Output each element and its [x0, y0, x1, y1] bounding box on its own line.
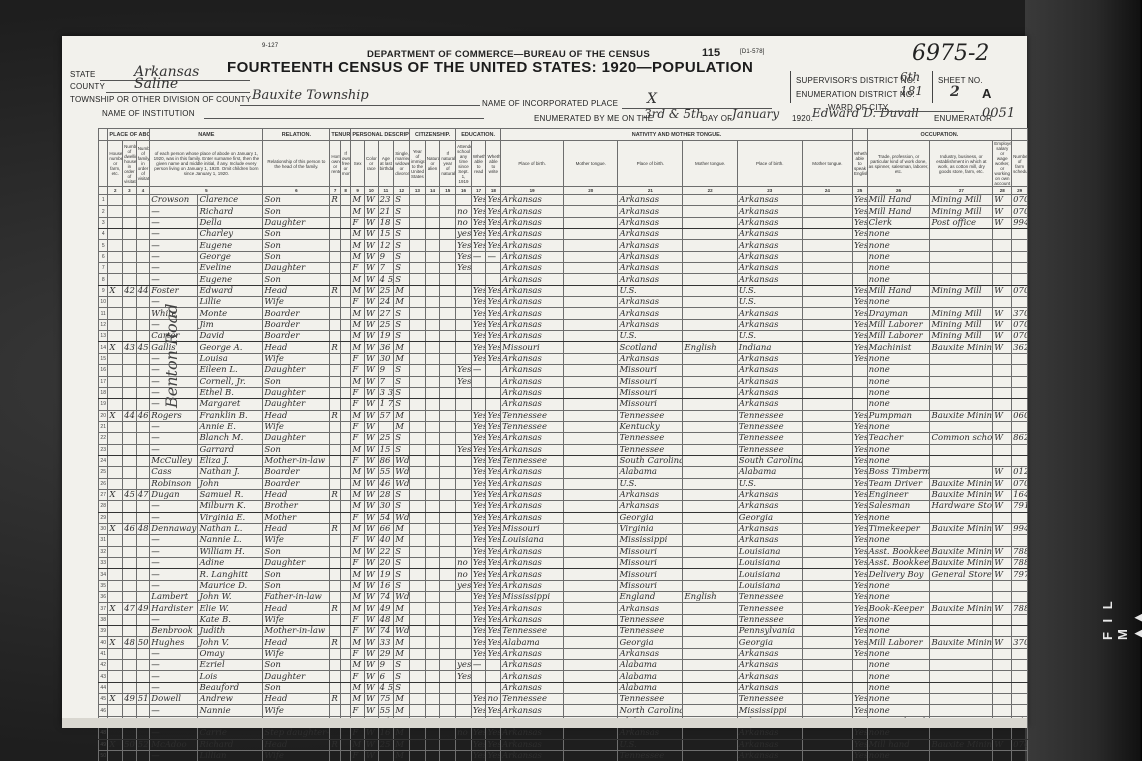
- line-number: 34: [99, 569, 108, 580]
- cell-relation: Son: [263, 274, 330, 285]
- cell-empty: [802, 626, 852, 637]
- cell-empty: [425, 580, 440, 591]
- census-row: 26RobinsonJohnBoarderMW46WdYesYesArkansa…: [99, 478, 1028, 489]
- cell-empty: [440, 365, 456, 376]
- cell-empty: [564, 694, 618, 705]
- cell-empty: [410, 637, 426, 648]
- cell-empty: [802, 489, 852, 500]
- census-row: 3—DellaDaughterFW18SnoYesYesArkansasArka…: [99, 217, 1028, 228]
- cell-sex: F: [351, 455, 365, 466]
- cell-empty: [410, 433, 426, 444]
- cell-m-birth: Tennessee: [737, 421, 802, 432]
- cell-relation: Daughter: [263, 399, 330, 410]
- cell-english: Yes: [852, 478, 867, 489]
- cell-empty: [425, 285, 440, 296]
- cell-empty: [564, 240, 618, 251]
- cell-empty: [410, 274, 426, 285]
- col-marital: Single, married, widowed, or divorced: [394, 141, 410, 187]
- cell-industry: [930, 682, 993, 693]
- cell-english: Yes: [852, 195, 867, 206]
- cell-house: [123, 195, 137, 206]
- cell-age: 74: [378, 626, 394, 637]
- cell-empty: [425, 365, 440, 376]
- cell-m-birth: Arkansas: [737, 489, 802, 500]
- cell-f-tongue: [683, 229, 737, 240]
- cell-class: W: [993, 217, 1012, 228]
- col-name: of each person whose place of abode on J…: [150, 141, 263, 187]
- cell-sex: M: [351, 342, 365, 353]
- col-mother-birth: Place of birth.: [737, 141, 802, 187]
- cell-m-birth: Tennessee: [737, 694, 802, 705]
- cell-dwelling: [136, 376, 150, 387]
- cell-empty: [425, 251, 440, 262]
- cell-empty: [564, 455, 618, 466]
- cell-given: Richard: [198, 739, 263, 750]
- cell-empty: [425, 297, 440, 308]
- cell-race: W: [364, 251, 378, 262]
- cell-code: 788: [1012, 558, 1028, 569]
- cell-school: [456, 195, 472, 206]
- cell-race: W: [364, 580, 378, 591]
- cell-given: Della: [198, 217, 263, 228]
- cell-english: Yes: [852, 455, 867, 466]
- census-row: 49X5052McAdooRichardHeadRMW25MYesYesArka…: [99, 739, 1028, 750]
- column-number: 21: [618, 187, 683, 195]
- cell-read: Yes: [471, 614, 486, 625]
- cell-mort: [340, 603, 350, 614]
- cell-relation: Son: [263, 660, 330, 671]
- cell-english: Yes: [852, 546, 867, 557]
- cell-class: W: [993, 637, 1012, 648]
- cell-read: Yes: [471, 217, 486, 228]
- cell-empty: [410, 682, 426, 693]
- cell-marital: S: [394, 331, 410, 342]
- line-number: 48: [99, 728, 108, 739]
- cell-birth: Arkansas: [501, 728, 564, 739]
- line-number: 11: [99, 308, 108, 319]
- cell-empty: [410, 195, 426, 206]
- cell-empty: [440, 694, 456, 705]
- cell-street: [108, 682, 123, 693]
- cell-read: Yes: [471, 433, 486, 444]
- cell-marital: S: [394, 433, 410, 444]
- cell-english: Yes: [852, 421, 867, 432]
- cell-f-birth: Tennessee: [618, 410, 683, 421]
- cell-empty: [425, 705, 440, 716]
- cell-f-birth: Alabama: [618, 671, 683, 682]
- cell-surname: —: [150, 705, 198, 716]
- cell-surname: Hughes: [150, 637, 198, 648]
- cell-own: [330, 274, 340, 285]
- cell-age: 20: [378, 558, 394, 569]
- cell-empty: [564, 387, 618, 398]
- cell-sex: F: [351, 705, 365, 716]
- column-number: 5: [150, 187, 263, 195]
- cell-empty: [802, 682, 852, 693]
- cell-empty: [410, 455, 426, 466]
- cell-read: Yes: [471, 467, 486, 478]
- line-number: 10: [99, 297, 108, 308]
- cell-f-birth: Missouri: [618, 580, 683, 591]
- cell-empty: [425, 501, 440, 512]
- enumerated-day: 3rd & 5th: [644, 107, 704, 121]
- cell-empty: [410, 263, 426, 274]
- cell-f-birth: Arkansas: [618, 489, 683, 500]
- column-number: 19: [501, 187, 564, 195]
- cell-dwelling: 48: [136, 523, 150, 534]
- group-nativity: NATIVITY AND MOTHER TONGUE.: [501, 129, 853, 141]
- cell-read: [471, 274, 486, 285]
- cell-empty: [564, 501, 618, 512]
- cell-empty: [425, 353, 440, 364]
- cell-given: Adine: [198, 558, 263, 569]
- cell-class: W: [993, 523, 1012, 534]
- cell-relation: Head: [263, 739, 330, 750]
- cell-class: [993, 455, 1012, 466]
- cell-empty: [802, 614, 852, 625]
- cell-age: 1 7/12: [378, 399, 394, 410]
- cell-relation: Wife: [263, 353, 330, 364]
- line-number: 39: [99, 626, 108, 637]
- cell-code: 362: [1012, 342, 1028, 353]
- cell-read: Yes: [471, 308, 486, 319]
- cell-english: [852, 671, 867, 682]
- line-number: 8: [99, 274, 108, 285]
- cell-dwelling: [136, 331, 150, 342]
- cell-race: W: [364, 682, 378, 693]
- cell-age: 30: [378, 501, 394, 512]
- cell-dwelling: [136, 251, 150, 262]
- cell-m-birth: U.S.: [737, 297, 802, 308]
- cell-f-tongue: [683, 433, 737, 444]
- cell-m-birth: Tennessee: [737, 614, 802, 625]
- cell-own: [330, 478, 340, 489]
- cell-f-birth: U.S.: [618, 285, 683, 296]
- cell-school: no: [456, 728, 472, 739]
- cell-f-tongue: [683, 319, 737, 330]
- cell-given: Eveline: [198, 263, 263, 274]
- cell-sex: F: [351, 217, 365, 228]
- cell-f-tongue: [683, 558, 737, 569]
- cell-house: [123, 399, 137, 410]
- cell-street: X: [108, 342, 123, 353]
- sheet-letter: A: [982, 86, 992, 101]
- cell-marital: M: [394, 421, 410, 432]
- cell-sex: M: [351, 682, 365, 693]
- cell-empty: [440, 478, 456, 489]
- cell-own: [330, 614, 340, 625]
- cell-read: Yes: [471, 523, 486, 534]
- cell-dwelling: [136, 206, 150, 217]
- cell-trade: Mill Laborer: [867, 637, 930, 648]
- cell-english: [852, 274, 867, 285]
- cell-given: John V.: [198, 637, 263, 648]
- cell-own: [330, 319, 340, 330]
- cell-sex: F: [351, 614, 365, 625]
- cell-marital: M: [394, 750, 410, 761]
- census-row: 50—LillianWifeFWMYesYesArkansasTennessee…: [99, 750, 1028, 761]
- cell-own: R: [330, 694, 340, 705]
- cell-read: Yes: [471, 569, 486, 580]
- column-number: 17: [471, 187, 486, 195]
- census-row: 41—OmayWifeFW29MYesYesArkansasArkansasAr…: [99, 648, 1028, 659]
- cell-code: 370: [1012, 308, 1028, 319]
- cell-f-birth: U.S.: [618, 331, 683, 342]
- cell-school: [456, 512, 472, 523]
- cell-relation: Head: [263, 603, 330, 614]
- cell-relation: Son: [263, 546, 330, 557]
- cell-dwelling: 45: [136, 342, 150, 353]
- cell-marital: M: [394, 535, 410, 546]
- cell-code: 070: [1012, 319, 1028, 330]
- cell-industry: [930, 750, 993, 761]
- cell-birth: Arkansas: [501, 399, 564, 410]
- cell-house: [123, 580, 137, 591]
- cell-code: [1012, 626, 1028, 637]
- cell-surname: Robinson: [150, 478, 198, 489]
- cell-empty: [425, 728, 440, 739]
- cell-own: [330, 467, 340, 478]
- cell-write: Yes: [486, 308, 501, 319]
- cell-own: R: [330, 285, 340, 296]
- cell-relation: Head: [263, 489, 330, 500]
- cell-code: 060: [1012, 410, 1028, 421]
- county-label: COUNTY: [70, 82, 105, 91]
- cell-street: [108, 501, 123, 512]
- cell-marital: Wd: [394, 455, 410, 466]
- column-number: 22: [683, 187, 737, 195]
- cell-relation: Head: [263, 694, 330, 705]
- cell-trade: Timekeeper: [867, 523, 930, 534]
- cell-write: Yes: [486, 739, 501, 750]
- cell-empty: [410, 410, 426, 421]
- cell-empty: [440, 399, 456, 410]
- cell-birth: Arkansas: [501, 614, 564, 625]
- cell-class: [993, 263, 1012, 274]
- cell-race: W: [364, 410, 378, 421]
- cell-trade: none: [867, 705, 930, 716]
- cell-house: [123, 433, 137, 444]
- cell-house: [123, 546, 137, 557]
- cell-empty: [410, 297, 426, 308]
- cell-empty: [802, 331, 852, 342]
- column-number: 26: [867, 187, 930, 195]
- cell-race: W: [364, 671, 378, 682]
- cell-empty: [410, 387, 426, 398]
- column-number: 29: [1012, 187, 1028, 195]
- cell-race: W: [364, 478, 378, 489]
- cell-empty: [564, 569, 618, 580]
- cell-mort: [340, 285, 350, 296]
- census-row: 32—William H.SonMW22SYesYesArkansasMisso…: [99, 546, 1028, 557]
- cell-dwelling: [136, 682, 150, 693]
- cell-sex: M: [351, 580, 365, 591]
- cell-marital: Wd: [394, 592, 410, 603]
- cell-surname: —: [150, 671, 198, 682]
- cell-empty: [564, 297, 618, 308]
- cell-m-birth: Arkansas: [737, 501, 802, 512]
- cell-empty: [410, 251, 426, 262]
- cell-marital: M: [394, 705, 410, 716]
- cell-street: [108, 387, 123, 398]
- cell-house: [123, 206, 137, 217]
- census-row: 2—RichardSonMW21SnoYesYesArkansasArkansa…: [99, 206, 1028, 217]
- cell-marital: M: [394, 342, 410, 353]
- cell-race: W: [364, 229, 378, 240]
- cell-empty: [802, 410, 852, 421]
- cell-f-tongue: [683, 660, 737, 671]
- cell-surname: —: [150, 682, 198, 693]
- cell-street: [108, 512, 123, 523]
- cell-english: Yes: [852, 297, 867, 308]
- cell-house: 43: [123, 342, 137, 353]
- cell-birth: Arkansas: [501, 206, 564, 217]
- cell-sex: M: [351, 410, 365, 421]
- cell-empty: [802, 399, 852, 410]
- cell-f-tongue: [683, 648, 737, 659]
- cell-m-birth: Arkansas: [737, 206, 802, 217]
- cell-m-birth: Tennessee: [737, 444, 802, 455]
- cell-empty: [425, 195, 440, 206]
- cell-house: [123, 501, 137, 512]
- cell-write: Yes: [486, 750, 501, 761]
- cell-class: W: [993, 433, 1012, 444]
- cell-f-birth: Arkansas: [618, 229, 683, 240]
- cell-trade: Drayman: [867, 308, 930, 319]
- cell-school: yes: [456, 660, 472, 671]
- cell-relation: Boarder: [263, 319, 330, 330]
- cell-age: 24: [378, 297, 394, 308]
- cell-empty: [410, 489, 426, 500]
- cell-own: [330, 376, 340, 387]
- census-row: 37X4749HardisterElie W.HeadRMW49MYesYesA…: [99, 603, 1028, 614]
- cell-empty: [410, 671, 426, 682]
- cell-class: W: [993, 569, 1012, 580]
- cell-trade: Mill Hand: [867, 285, 930, 296]
- cell-empty: [410, 206, 426, 217]
- cell-dwelling: [136, 535, 150, 546]
- cell-empty: [802, 297, 852, 308]
- cell-relation: Head: [263, 285, 330, 296]
- cell-own: [330, 297, 340, 308]
- cell-read: —: [471, 660, 486, 671]
- cell-empty: [440, 728, 456, 739]
- cell-relation: Mother-in-law: [263, 626, 330, 637]
- cell-dwelling: [136, 478, 150, 489]
- cell-house: 48: [123, 637, 137, 648]
- cell-empty: [440, 331, 456, 342]
- cell-mort: [340, 489, 350, 500]
- cell-empty: [440, 512, 456, 523]
- cell-write: Yes: [486, 433, 501, 444]
- cell-empty: [410, 558, 426, 569]
- enumeration-value: 181: [900, 84, 923, 98]
- cell-industry: Bauxite Mining Co.: [930, 489, 993, 500]
- census-row: 38—Kate B.WifeFW48MYesYesArkansasTenness…: [99, 614, 1028, 625]
- line-number: 27: [99, 489, 108, 500]
- cell-own: [330, 365, 340, 376]
- cell-empty: [802, 229, 852, 240]
- cell-english: [852, 251, 867, 262]
- film-mark: F I L M ▲▲: [1100, 598, 1142, 640]
- cell-given: Ethel B.: [198, 387, 263, 398]
- cell-trade: Boss Timberman: [867, 467, 930, 478]
- cell-dwelling: [136, 580, 150, 591]
- cell-empty: [564, 251, 618, 262]
- census-row: 16—Eileen L.DaughterFW9SYes—ArkansasMiss…: [99, 365, 1028, 376]
- cell-relation: Head: [263, 637, 330, 648]
- cell-code: 370: [1012, 637, 1028, 648]
- cell-m-birth: Arkansas: [737, 195, 802, 206]
- cell-age: 16: [378, 580, 394, 591]
- cell-house: [123, 455, 137, 466]
- column-number: 11: [378, 187, 394, 195]
- cell-empty: [410, 648, 426, 659]
- cell-english: Yes: [852, 705, 867, 716]
- cell-school: [456, 297, 472, 308]
- cell-own: [330, 501, 340, 512]
- cell-code: 797: [1012, 569, 1028, 580]
- cell-f-tongue: [683, 489, 737, 500]
- cell-given: Cornell, Jr.: [198, 376, 263, 387]
- cell-class: W: [993, 319, 1012, 330]
- cell-birth: Arkansas: [501, 229, 564, 240]
- cell-dwelling: [136, 421, 150, 432]
- cell-read: Yes: [471, 592, 486, 603]
- cell-read: [471, 263, 486, 274]
- cell-street: [108, 671, 123, 682]
- census-row: 13CarterDavidBoarderMW19SYesYesArkansasU…: [99, 331, 1028, 342]
- cell-read: Yes: [471, 421, 486, 432]
- cell-empty: [564, 728, 618, 739]
- cell-m-birth: Arkansas: [737, 648, 802, 659]
- col-family: Number of family in order of visitation: [136, 141, 150, 187]
- line-number: 36: [99, 592, 108, 603]
- cell-house: [123, 478, 137, 489]
- cell-f-tongue: [683, 274, 737, 285]
- cell-industry: [930, 626, 993, 637]
- cell-f-tongue: [683, 512, 737, 523]
- margin-note-road: Benton Road: [162, 304, 181, 408]
- cell-code: 070: [1012, 285, 1028, 296]
- group-occupation: OCCUPATION.: [867, 129, 1012, 141]
- census-row: 12—JimBoarderMW25SYesYesArkansasArkansas…: [99, 319, 1028, 330]
- cell-trade: none: [867, 229, 930, 240]
- col-industry: Industry, business, or establishment in …: [930, 141, 993, 187]
- cell-relation: Wife: [263, 535, 330, 546]
- cell-sex: F: [351, 512, 365, 523]
- cell-code: [1012, 240, 1028, 251]
- cell-empty: [802, 455, 852, 466]
- cell-empty: [802, 206, 852, 217]
- cell-f-birth: Missouri: [618, 546, 683, 557]
- cell-code: 994: [1012, 217, 1028, 228]
- cell-marital: M: [394, 728, 410, 739]
- cell-house: [123, 467, 137, 478]
- cell-empty: [410, 217, 426, 228]
- cell-f-birth: Tennessee: [618, 444, 683, 455]
- line-number: 15: [99, 353, 108, 364]
- cell-write: [486, 387, 501, 398]
- cell-marital: S: [394, 399, 410, 410]
- cell-house: 49: [123, 694, 137, 705]
- cell-f-birth: Arkansas: [618, 353, 683, 364]
- cell-write: Yes: [486, 410, 501, 421]
- cell-english: Yes: [852, 580, 867, 591]
- cell-surname: —: [150, 501, 198, 512]
- cell-empty: [802, 523, 852, 534]
- cell-m-birth: Arkansas: [737, 750, 802, 761]
